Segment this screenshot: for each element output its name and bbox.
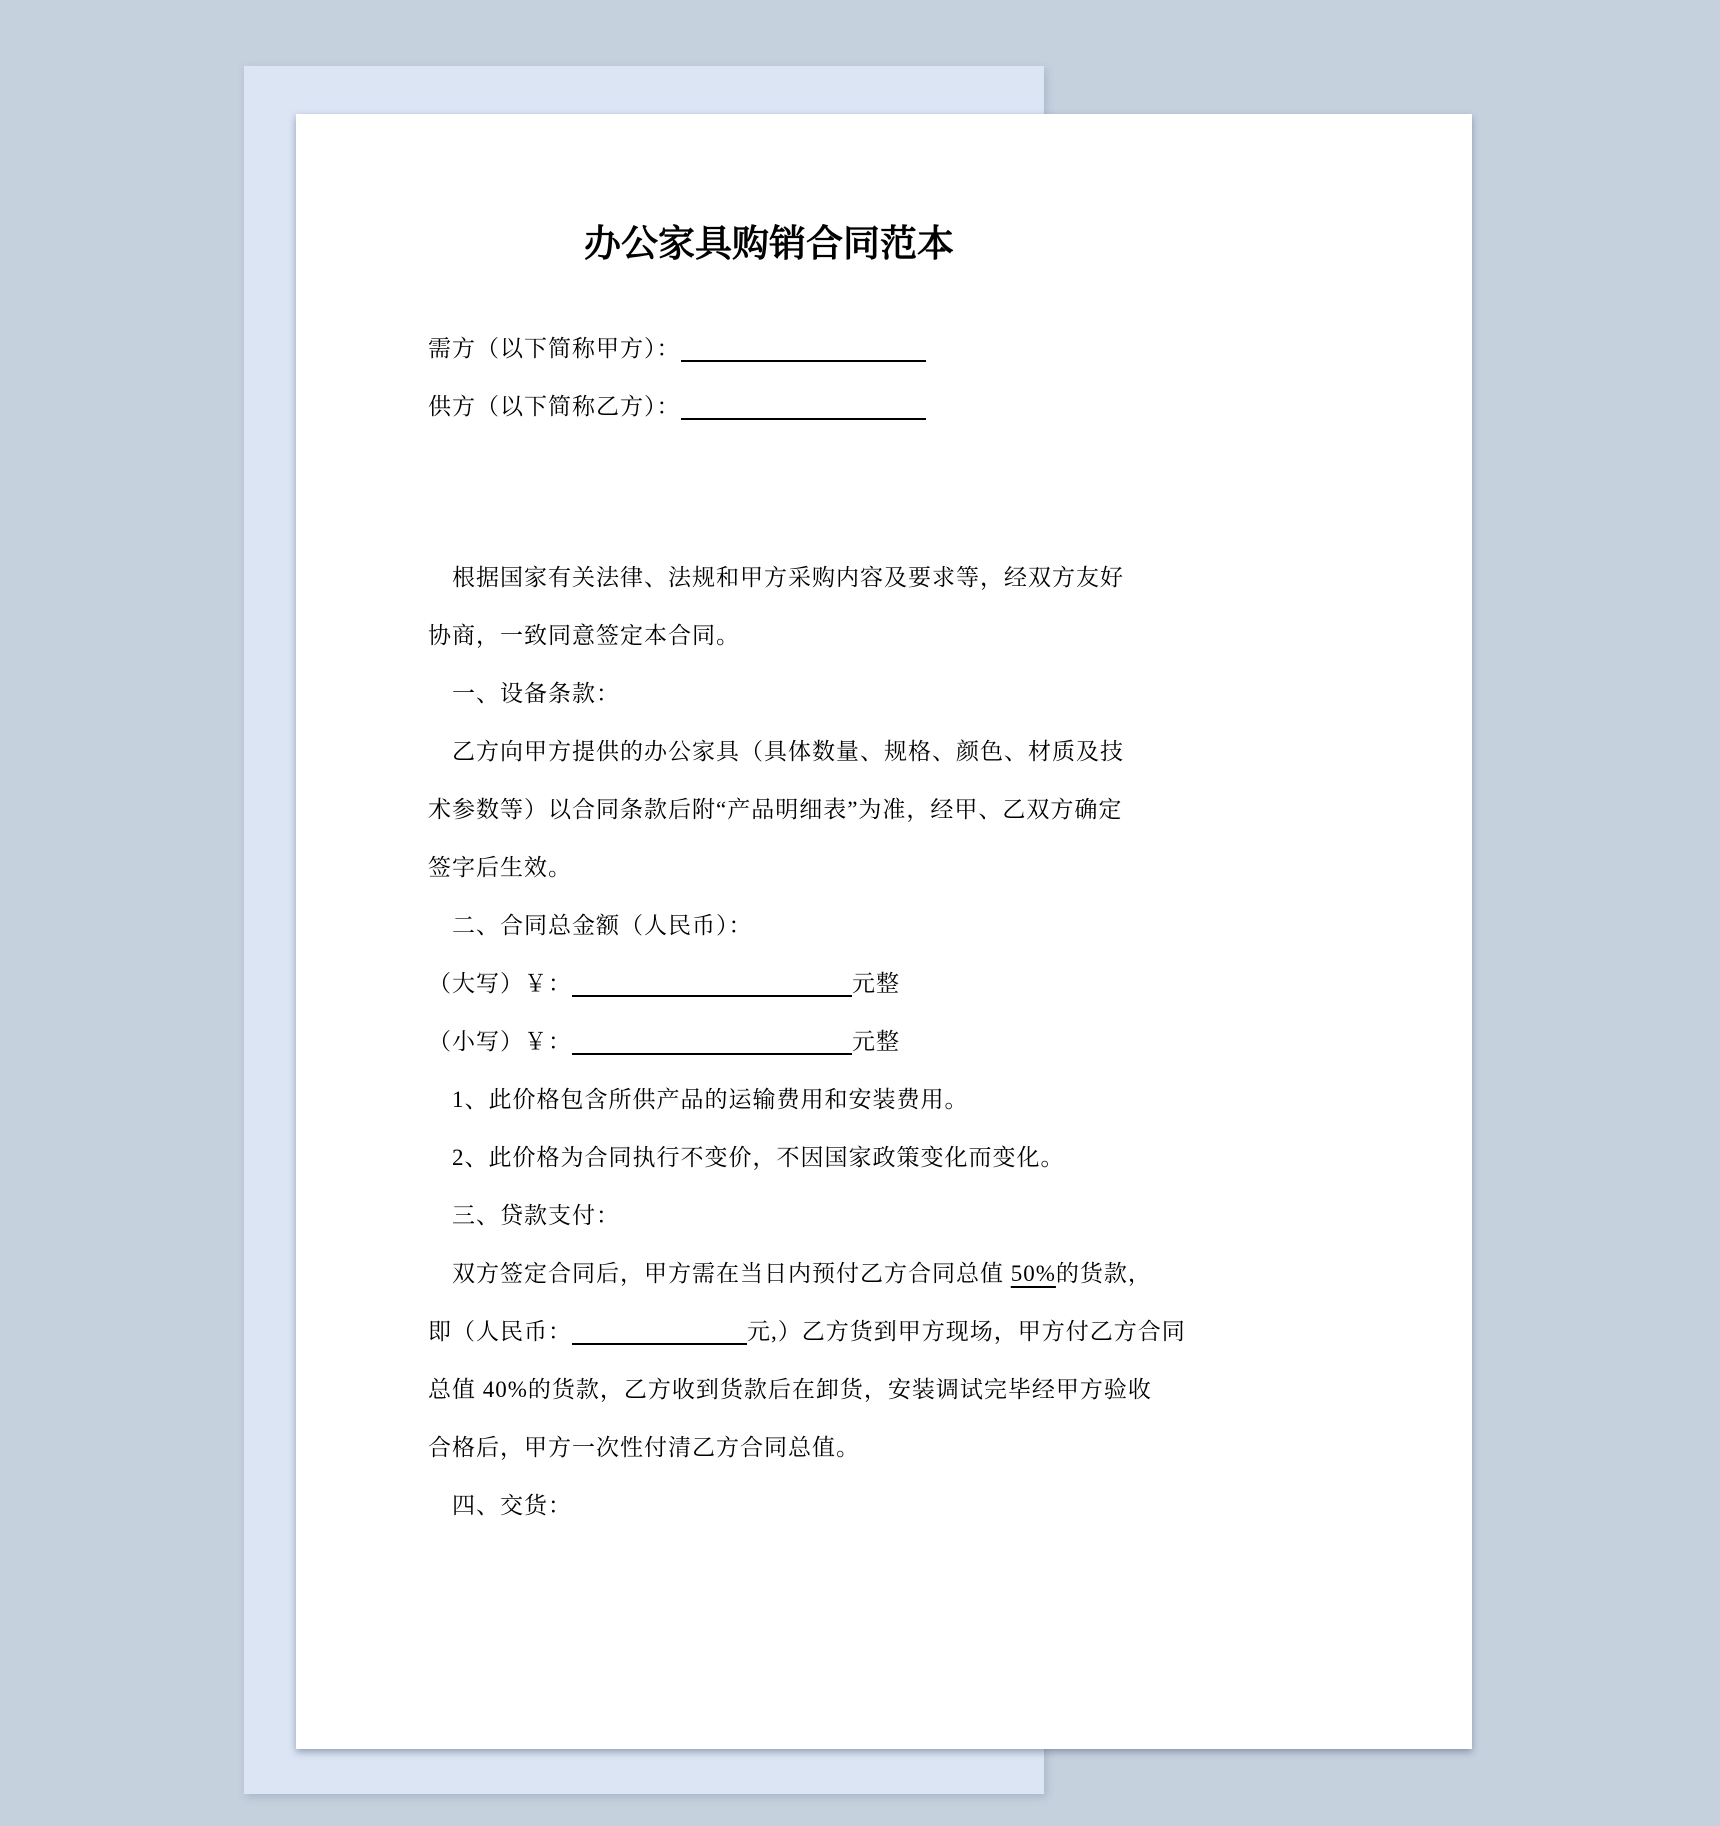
line-text: 签字后生效。 bbox=[428, 855, 572, 880]
line-text: （大写）￥： bbox=[428, 971, 572, 996]
contract-line: 供方（以下简称乙方）： bbox=[428, 378, 1172, 436]
line-text: 1、此价格包含所供产品的运输费用和安装费用。 bbox=[452, 1087, 969, 1112]
contract-line: 乙方向甲方提供的办公家具（具体数量、规格、颜色、材质及技 bbox=[428, 723, 1172, 781]
line-text: 需方（以下简称甲方）： bbox=[428, 336, 681, 361]
line-text: （小写）￥： bbox=[428, 1029, 572, 1054]
line-text: 二、合同总金额（人民币）： bbox=[452, 913, 753, 938]
contract-line: 三、贷款支付： bbox=[428, 1187, 1172, 1245]
contract-line: 合格后，甲方一次性付清乙方合同总值。 bbox=[428, 1419, 1172, 1477]
contract-line: 一、设备条款： bbox=[428, 665, 1172, 723]
line-text: 供方（以下简称乙方）： bbox=[428, 394, 681, 419]
line-text: 三、贷款支付： bbox=[452, 1203, 620, 1228]
contract-line: 1、此价格包含所供产品的运输费用和安装费用。 bbox=[428, 1071, 1172, 1129]
line-text: 元整 bbox=[852, 971, 900, 996]
line-text: 四、交货： bbox=[452, 1493, 572, 1518]
underlined-value: 50% bbox=[1011, 1261, 1056, 1286]
contract-page: 办公家具购销合同范本 需方（以下简称甲方）：供方（以下简称乙方）：根据国家有关法… bbox=[296, 114, 1472, 1749]
contract-line: 即（人民币：元,）乙方货到甲方现场，甲方付乙方合同 bbox=[428, 1303, 1172, 1361]
contract-line: 二、合同总金额（人民币）： bbox=[428, 897, 1172, 955]
contract-line: 需方（以下简称甲方）： bbox=[428, 320, 1172, 378]
fill-in-blank bbox=[681, 392, 926, 420]
fill-in-blank bbox=[572, 1027, 852, 1055]
line-text: 合格后，甲方一次性付清乙方合同总值。 bbox=[428, 1435, 860, 1460]
fill-in-blank bbox=[572, 969, 852, 997]
contract-line: 签字后生效。 bbox=[428, 839, 1172, 897]
line-text: 2、此价格为合同执行不变价，不因国家政策变化而变化。 bbox=[452, 1145, 1065, 1170]
preview-background: 办公家具购销合同范本 需方（以下简称甲方）：供方（以下简称乙方）：根据国家有关法… bbox=[0, 0, 1720, 1826]
contract-line: 2、此价格为合同执行不变价，不因国家政策变化而变化。 bbox=[428, 1129, 1172, 1187]
line-text: 的货款， bbox=[1056, 1261, 1152, 1286]
contract-line: （大写）￥：元整 bbox=[428, 955, 1172, 1013]
line-text: 根据国家有关法律、法规和甲方采购内容及要求等，经双方友好 bbox=[452, 565, 1124, 590]
fill-in-blank bbox=[681, 334, 926, 362]
contract-body: 需方（以下简称甲方）：供方（以下简称乙方）：根据国家有关法律、法规和甲方采购内容… bbox=[428, 320, 1172, 1535]
line-text: 元整 bbox=[852, 1029, 900, 1054]
contract-line: （小写）￥：元整 bbox=[428, 1013, 1172, 1071]
line-text: 一、设备条款： bbox=[452, 681, 620, 706]
fill-in-blank bbox=[572, 1317, 747, 1345]
line-text: 总值 40%的货款，乙方收到货款后在卸货，安装调试完毕经甲方验收 bbox=[428, 1377, 1152, 1402]
contract-line: 双方签定合同后，甲方需在当日内预付乙方合同总值 50%的货款， bbox=[428, 1245, 1172, 1303]
line-text: 即（人民币： bbox=[428, 1319, 572, 1344]
contract-line: 术参数等）以合同条款后附“产品明细表”为准，经甲、乙双方确定 bbox=[428, 781, 1172, 839]
line-text: 双方签定合同后，甲方需在当日内预付乙方合同总值 bbox=[452, 1261, 1011, 1286]
line-text: 乙方向甲方提供的办公家具（具体数量、规格、颜色、材质及技 bbox=[452, 739, 1124, 764]
contract-line: 协商，一致同意签定本合同。 bbox=[428, 607, 1172, 665]
line-text: 元,）乙方货到甲方现场，甲方付乙方合同 bbox=[747, 1319, 1186, 1344]
contract-title: 办公家具购销合同范本 bbox=[428, 220, 1110, 270]
line-text: 协商，一致同意签定本合同。 bbox=[428, 623, 740, 648]
line-text: 术参数等）以合同条款后附“产品明细表”为准，经甲、乙双方确定 bbox=[428, 797, 1122, 822]
contract-line: 总值 40%的货款，乙方收到货款后在卸货，安装调试完毕经甲方验收 bbox=[428, 1361, 1172, 1419]
contract-line: 四、交货： bbox=[428, 1477, 1172, 1535]
contract-line: 根据国家有关法律、法规和甲方采购内容及要求等，经双方友好 bbox=[428, 549, 1172, 607]
